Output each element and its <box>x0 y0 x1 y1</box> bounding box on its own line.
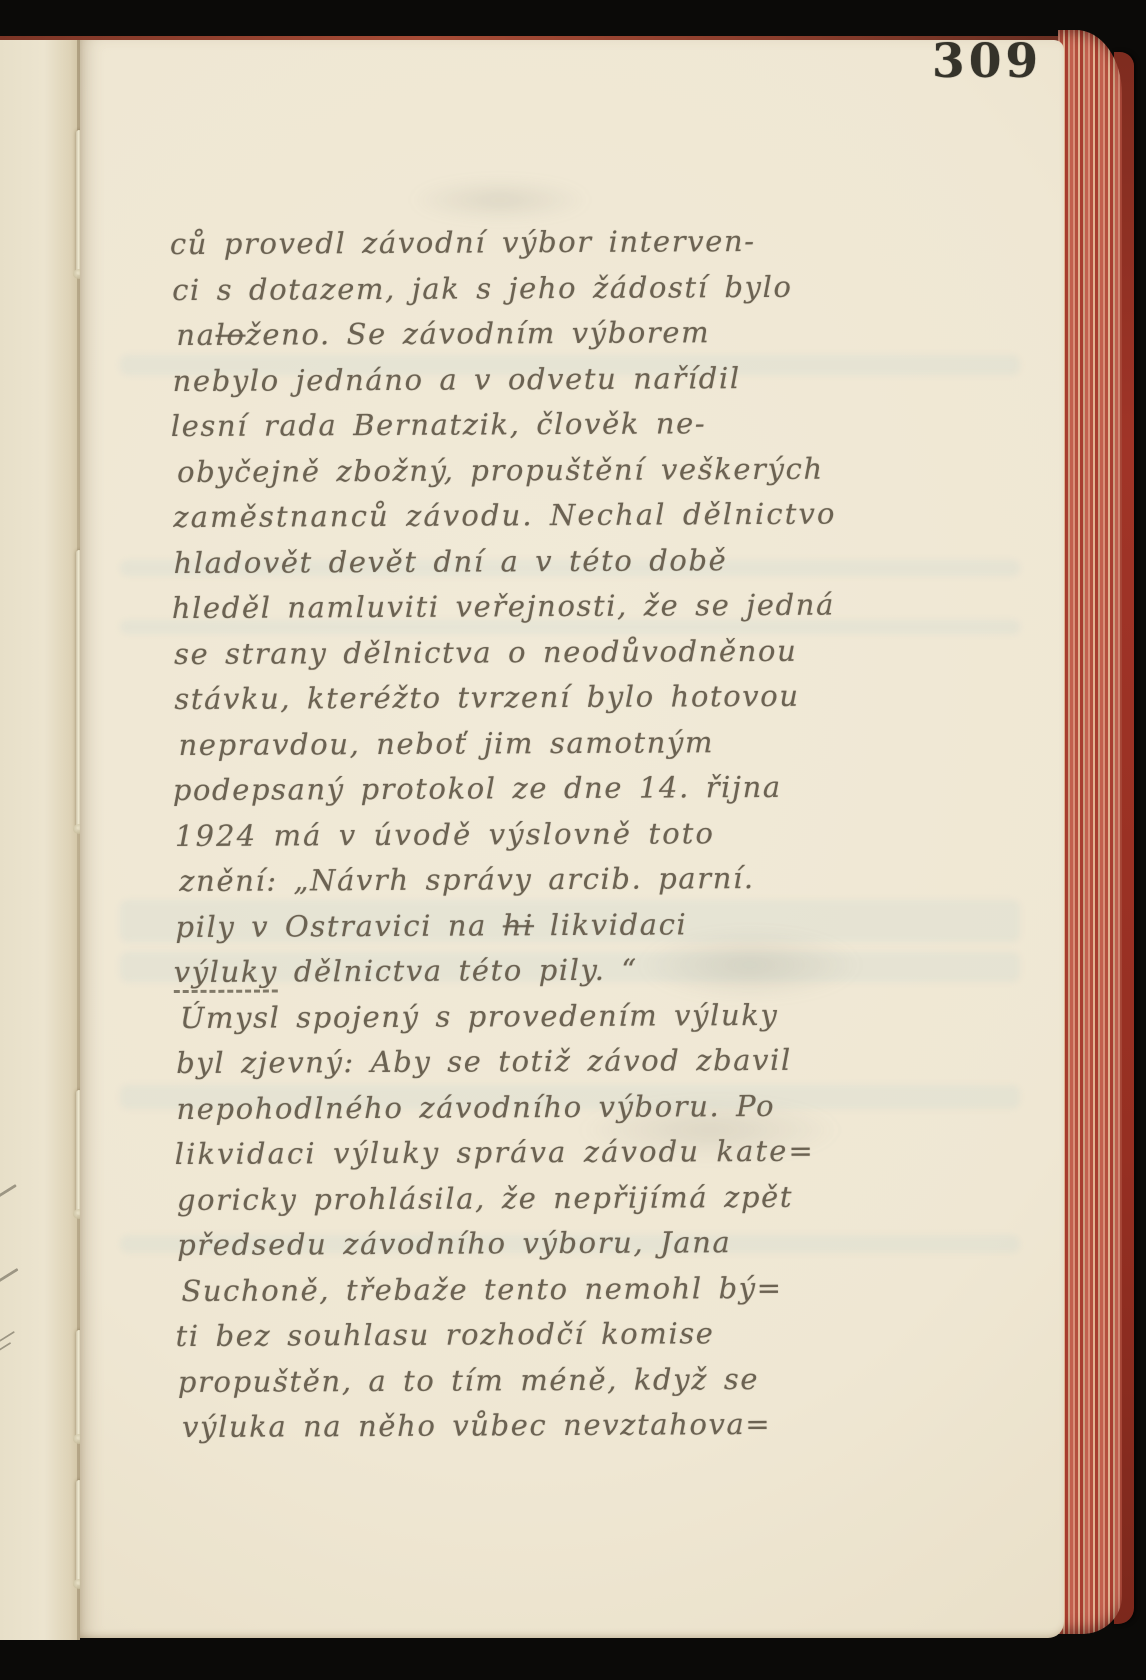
handwritten-text: ženo. Se závodním výborem <box>245 315 710 351</box>
book-scan-photo: 309 ců provedl závodní výbor interven-ci… <box>0 0 1146 1680</box>
handwritten-text: ci s dotazem, jak s jeho žádostí bylo <box>172 269 793 306</box>
handwritten-text: hleděl namluviti veřejnosti, že se jedná <box>172 588 835 625</box>
manuscript-line: hleděl namluviti veřejnosti, že se jedná <box>172 582 952 632</box>
ink-mark <box>0 1331 15 1343</box>
facing-page-sliver <box>0 40 80 1640</box>
struck-out-word: hi <box>503 908 534 942</box>
page-number: 309 <box>932 34 1042 89</box>
handwritten-text: 1924 má v úvodě výslovně toto <box>175 816 715 853</box>
ink-mark <box>0 1184 17 1199</box>
handwritten-text: na <box>176 318 215 352</box>
manuscript-line: se strany dělnictva o neodůvodněnou <box>174 627 954 677</box>
manuscript-line: 1924 má v úvodě výslovně toto <box>175 809 955 859</box>
handwritten-text: byl zjevný: Aby se totiž závod zbavil <box>176 1043 792 1080</box>
manuscript-line: ci s dotazem, jak s jeho žádostí bylo <box>172 263 952 313</box>
book-fore-edge <box>1058 30 1122 1634</box>
handwritten-text: nepravdou, neboť jim samotným <box>178 725 714 762</box>
manuscript-line: likvidaci výluky správa závodu kate= <box>175 1128 955 1178</box>
handwritten-text: se strany dělnictva o neodůvodněnou <box>174 633 797 670</box>
handwritten-text: likvidaci výluky správa závodu kate= <box>175 1134 815 1171</box>
underlined-word: výluky <box>174 955 278 994</box>
manuscript-line: obyčejně zbožný, propuštění veškerých <box>177 445 957 495</box>
manuscript-line: byl zjevný: Aby se totiž závod zbavil <box>176 1037 956 1087</box>
handwritten-text: goricky prohlásila, že nepřijímá zpět <box>177 1179 793 1216</box>
handwritten-text: podepsaný protokol ze dne 14. řijna <box>173 770 782 807</box>
handwritten-text: pily v Ostravici na <box>175 908 503 944</box>
handwritten-text: likvidaci <box>534 907 688 942</box>
manuscript-line: lesní rada Bernatzik, člověk ne- <box>171 400 951 450</box>
manuscript-line: pily v Ostravici na hi likvidaci <box>175 900 955 950</box>
handwritten-text: dělnictva této pily. “ <box>278 953 638 989</box>
manuscript-line: goricky prohlásila, že nepřijímá zpět <box>177 1173 957 1223</box>
handwritten-text: ců provedl závodní výbor interven- <box>170 224 756 261</box>
ink-mark <box>0 1268 19 1285</box>
struck-out-word: lo <box>215 318 245 352</box>
handwritten-text: ti bez souhlasu rozhodčí komise <box>176 1316 715 1353</box>
manuscript-line: naloženo. Se závodním výborem <box>176 309 956 359</box>
manuscript-line: nebylo jednáno a v odvetu nařídil <box>173 354 953 404</box>
handwritten-text: předsedu závodního výboru, Jana <box>177 1225 731 1262</box>
manuscript-line: propuštěn, a to tím méně, když se <box>178 1355 958 1405</box>
manuscript-line: předsedu závodního výboru, Jana <box>177 1219 957 1269</box>
manuscript-line: znění: „Návrh správy arcib. parní. <box>179 855 959 905</box>
manuscript-line: Suchoně, třebaže tento nemohl bý= <box>181 1264 961 1314</box>
manuscript-line: hladovět devět dní a v této době <box>173 536 953 586</box>
manuscript-line: podepsaný protokol ze dne 14. řijna <box>173 764 953 814</box>
handwritten-text: nebylo jednáno a v odvetu nařídil <box>173 361 741 398</box>
manuscript-line: ců provedl závodní výbor interven- <box>170 218 950 268</box>
show-through-smudge <box>410 180 590 220</box>
handwritten-text: výluka na něho vůbec nevztahova= <box>182 1407 771 1444</box>
handwritten-text: obyčejně zbožný, propuštění veškerých <box>177 451 824 488</box>
handwritten-text: lesní rada Bernatzik, člověk ne- <box>171 406 707 443</box>
handwritten-text: Úmysl spojený s provedením výluky <box>180 997 779 1034</box>
manuscript-line: výluka na něho vůbec nevztahova= <box>182 1401 962 1451</box>
ink-mark <box>0 1342 11 1352</box>
handwritten-text: zaměstnanců závodu. Nechal dělnictvo <box>173 497 836 534</box>
manuscript-text-block: ců provedl závodní výbor interven-ci s d… <box>172 218 958 1451</box>
manuscript-line: Úmysl spojený s provedením výluky <box>180 991 960 1041</box>
handwritten-text: propuštěn, a to tím méně, když se <box>178 1361 759 1398</box>
handwritten-text: Suchoně, třebaže tento nemohl bý= <box>181 1270 782 1307</box>
manuscript-line: nepohodlného závodního výboru. Po <box>176 1082 956 1132</box>
manuscript-line: ti bez souhlasu rozhodčí komise <box>176 1310 956 1360</box>
handwritten-text: stávku, kteréžto tvrzení bylo hotovou <box>174 679 799 716</box>
manuscript-line: zaměstnanců závodu. Nechal dělnictvo <box>173 491 953 541</box>
handwritten-text: znění: „Návrh správy arcib. parní. <box>179 861 755 898</box>
manuscript-line: stávku, kteréžto tvrzení bylo hotovou <box>174 673 954 723</box>
manuscript-line: výluky dělnictva této pily. “ <box>174 946 954 996</box>
manuscript-page: 309 ců provedl závodní výbor interven-ci… <box>80 40 1064 1638</box>
handwritten-text: nepohodlného závodního výboru. Po <box>176 1088 775 1125</box>
manuscript-line: nepravdou, neboť jim samotným <box>178 718 958 768</box>
handwritten-text: hladovět devět dní a v této době <box>173 543 727 580</box>
